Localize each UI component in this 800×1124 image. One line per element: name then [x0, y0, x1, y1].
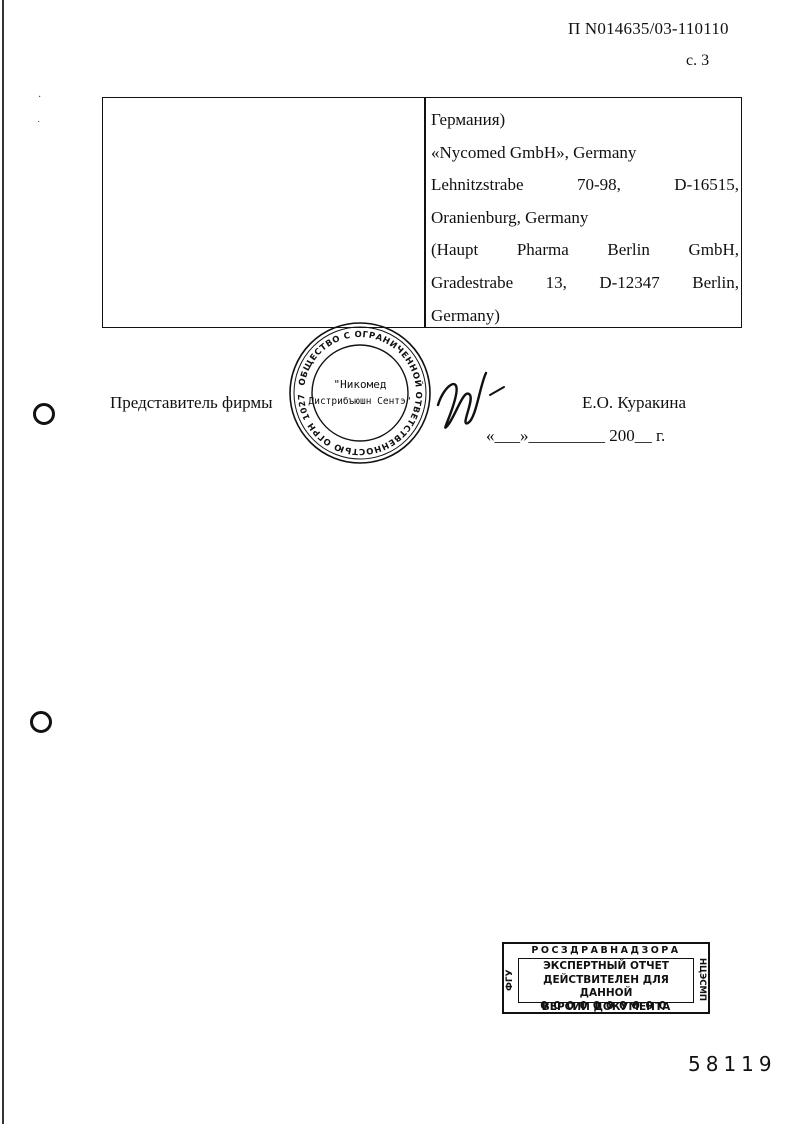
address-line: Oranienburg, Germany — [431, 202, 739, 235]
stamp-code: 0000000000 — [504, 999, 708, 1012]
signature-date-line: «___»_________ 200__ г. — [486, 426, 665, 446]
address-line: Lehnitzstrabe 70-98, D-16515, — [431, 169, 739, 202]
address-line: Germany) — [431, 300, 739, 333]
company-seal-icon: ОБЩЕСТВО С ОГРАНИЧЕННОЙ ОТВЕТСТВЕННОСТЬЮ… — [287, 320, 433, 466]
address-line: «Nycomed GmbH», Germany — [431, 137, 739, 170]
svg-text:"Никомед: "Никомед — [334, 378, 387, 391]
address-line: (Haupt Pharma Berlin GmbH, — [431, 234, 739, 267]
address-line: Gradestrabe 13, D-12347 Berlin, — [431, 267, 739, 300]
representative-label: Представитель фирмы — [110, 393, 273, 413]
address-line: Германия) — [431, 104, 739, 137]
scan-speck: · — [38, 92, 41, 103]
binder-hole-icon — [30, 711, 52, 733]
page-number: с. 3 — [686, 52, 709, 70]
table-column-divider — [424, 98, 426, 327]
stamp-line: ЭКСПЕРТНЫЙ ОТЧЕТ — [519, 960, 693, 974]
document-number: П N014635/03-110110 — [568, 19, 729, 39]
archive-number: 58119 — [688, 1052, 777, 1076]
expert-report-stamp: РОСЗДРАВНАДЗОРА ФГУ ЭКСПЕРТНЫЙ ОТЧЕТ ДЕЙ… — [502, 942, 710, 1014]
svg-text:Дистрибъюшн Сентэ": Дистрибъюшн Сентэ" — [309, 396, 412, 407]
manufacturer-address-cell: Германия) «Nycomed GmbH», Germany Lehnit… — [431, 104, 739, 332]
stamp-right-label: НЦЭСМП — [695, 958, 707, 1002]
stamp-inner-box: ЭКСПЕРТНЫЙ ОТЧЕТ ДЕЙСТВИТЕЛЕН ДЛЯ ДАННОЙ… — [518, 958, 694, 1003]
stamp-agency: РОСЗДРАВНАДЗОРА — [504, 945, 708, 956]
binder-hole-icon — [33, 403, 55, 425]
representative-name: Е.О. Куракина — [582, 393, 686, 413]
manufacturer-table: Германия) «Nycomed GmbH», Germany Lehnit… — [102, 97, 742, 328]
scan-edge-line — [2, 0, 4, 1124]
scan-speck: ˙ — [37, 120, 40, 131]
stamp-left-label: ФГУ — [505, 960, 517, 1000]
stamp-line: ДЕЙСТВИТЕЛЕН ДЛЯ ДАННОЙ — [519, 974, 693, 1001]
